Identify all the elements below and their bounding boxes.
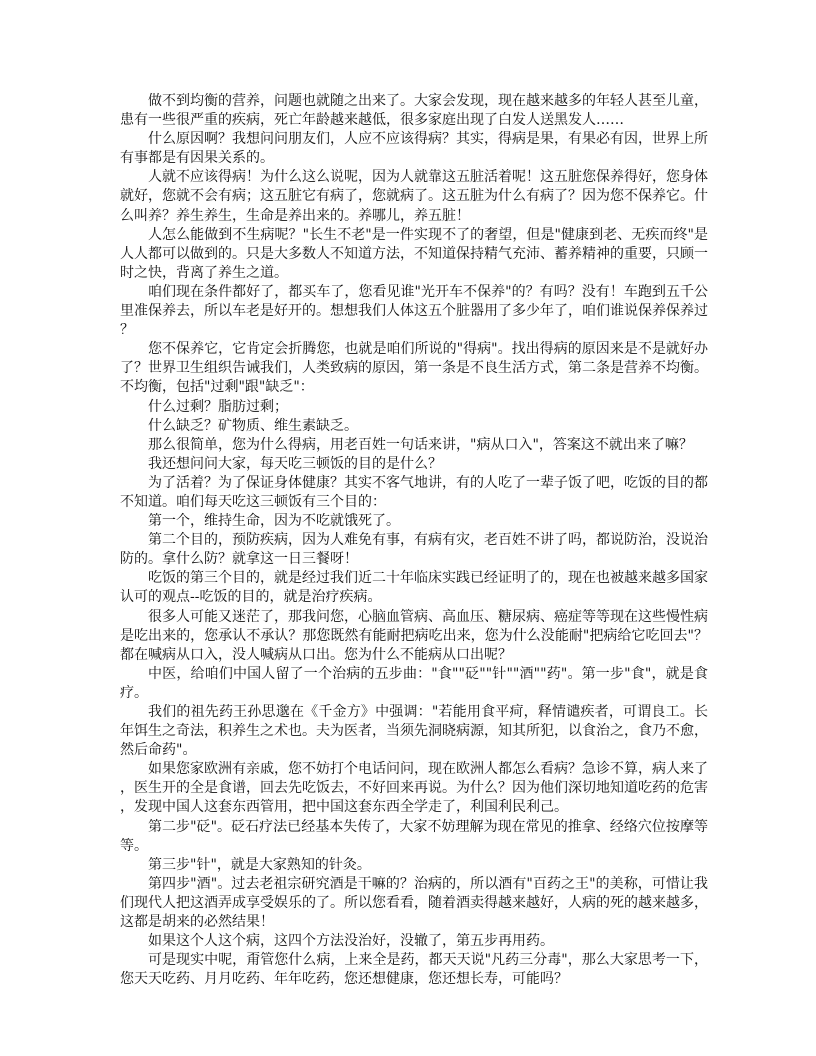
- paragraph: 做不到均衡的营养，问题也就随之出来了。大家会发现，现在越来越多的年轻人甚至儿童，…: [120, 92, 708, 130]
- paragraph: 我们的祖先药王孙思邈在《千金方》中强调："若能用食平疴，释情谴疾者，可谓良工。长…: [120, 703, 708, 760]
- paragraph: 为了活着？为了保证身体健康？其实不客气地讲，有的人吃了一辈子饭了吧，吃饭的目的都…: [120, 474, 708, 512]
- paragraph: 第三步"针"，就是大家熟知的针灸。: [120, 856, 708, 875]
- paragraph: 吃饭的第三个目的，就是经过我们近二十年临床实践已经证明了的，现在也被越来越多国家…: [120, 569, 708, 607]
- paragraph: 那么很简单，您为什么得病，用老百姓一句话来讲，"病从口入"，答案这不就出来了嘛？: [120, 436, 708, 455]
- paragraph: 如果这个人这个病，这四个方法没治好，没辙了，第五步再用药。: [120, 932, 708, 951]
- paragraph: 很多人可能又迷茫了，那我问您，心脑血管病、高血压、糖尿病、癌症等等现在这些慢性病…: [120, 608, 708, 665]
- paragraph: 中医，给咱们中国人留了一个治病的五步曲："食""砭""针""酒""药"。第一步"…: [120, 665, 708, 703]
- paragraph: 什么原因啊？我想问问朋友们，人应不应该得病？其实，得病是果，有果必有因，世界上所…: [120, 130, 708, 168]
- paragraph: 人就不应该得病！为什么这么说呢，因为人就靠这五脏活着呢！这五脏您保养得好，您身体…: [120, 168, 708, 225]
- paragraph: 什么过剩？脂肪过剩；: [120, 398, 708, 417]
- paragraph: 什么缺乏？矿物质、维生素缺乏。: [120, 417, 708, 436]
- paragraph: 如果您家欧洲有亲戚，您不妨打个电话问问，现在欧洲人都怎么看病？急诊不算，病人来了…: [120, 760, 708, 817]
- paragraph: 第二步"砭"。砭石疗法已经基本失传了，大家不妨理解为现在常见的推拿、经络穴位按摩…: [120, 818, 708, 856]
- paragraph: 第四步"酒"。过去老祖宗研究酒是干嘛的？治病的，所以酒有"百药之王"的美称，可惜…: [120, 875, 708, 932]
- document-page: 做不到均衡的营养，问题也就随之出来了。大家会发现，现在越来越多的年轻人甚至儿童，…: [120, 92, 708, 989]
- paragraph: 咱们现在条件都好了，都买车了，您看见谁"光开车不保养"的？有吗？没有！车跑到五千…: [120, 283, 708, 340]
- paragraph: 人怎么能做到不生病呢？"长生不老"是一件实现不了的奢望，但是"健康到老、无疾而终…: [120, 226, 708, 283]
- paragraph: 您不保养它，它肯定会折腾您，也就是咱们所说的"得病"。找出得病的原因来是不是就好…: [120, 340, 708, 397]
- paragraph: 第二个目的，预防疾病，因为人难免有事，有病有灾，老百姓不讲了吗，都说防治，没说治…: [120, 531, 708, 569]
- paragraph: 第一个，维持生命，因为不吃就饿死了。: [120, 512, 708, 531]
- paragraph: 可是现实中呢，甭管您什么病，上来全是药，都天天说"凡药三分毒"，那么大家思考一下…: [120, 951, 708, 989]
- paragraph: 我还想问问大家，每天吃三顿饭的目的是什么？: [120, 455, 708, 474]
